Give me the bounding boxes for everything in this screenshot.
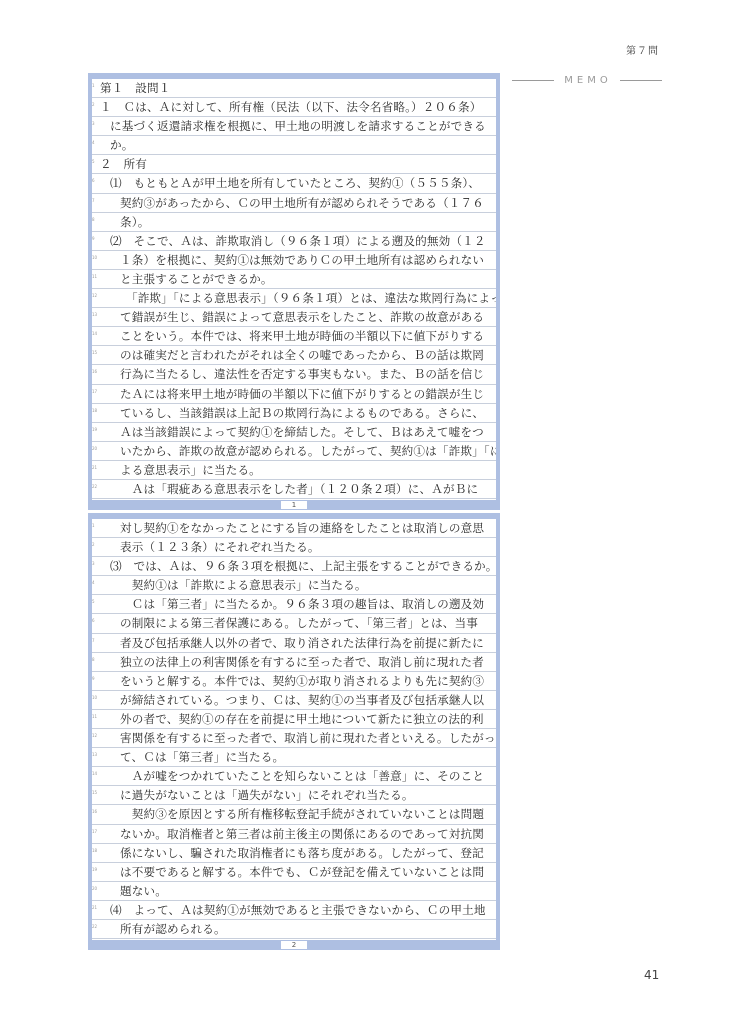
line-number: 9 [92,672,95,688]
line-text: 契約①は「詐欺による意思表示」に当たる。 [100,576,492,595]
answer-line: 7契約③があったから、Ｃの甲土地所有が認められそうである（１７６ [92,194,496,213]
line-number: 16 [92,365,97,381]
line-text: ⑴ もともとＡが甲土地を所有していたところ、契約①（５５５条）、 [100,174,492,193]
page-number: 41 [644,968,659,982]
answer-line: 12害関係を有するに至った者で、取消し前に現れた者といえる。したがっ [92,729,496,748]
line-number: 11 [92,710,97,726]
line-text: のは確実だと言われたがそれは全くの嘘であったから、Ｂの話は欺罔 [100,346,492,365]
answer-line: 11外の者で、契約①の存在を前提に甲土地について新たに独立の法的利 [92,710,496,729]
line-number: 19 [92,423,97,439]
line-number: 21 [92,461,97,477]
line-text: 外の者で、契約①の存在を前提に甲土地について新たに独立の法的利 [100,710,492,729]
memo-rule-left [512,80,554,81]
line-text: 「詐欺」「による意思表示」（９６条１項）とは、違法な欺罔行為によっ [100,289,492,308]
line-text: に過失がないことは「過失がない」にそれぞれ当たる。 [100,786,492,805]
line-number: 14 [92,327,97,343]
line-text: ２ 所有 [100,155,492,174]
line-number: 2 [92,538,95,554]
line-text: ⑷ よって、Ａは契約①が無効であると主張できないから、Ｃの甲土地 [100,901,492,920]
line-text: ⑵ そこで、Ａは、詐欺取消し（９６条１項）による遡及的無効（１２ [100,232,492,251]
answer-line: 11と主張することができるか。 [92,270,496,289]
line-number: 10 [92,251,97,267]
answer-line: 3に基づく返還請求権を根拠に、甲土地の明渡しを請求することができる [92,117,496,136]
line-text: 行為に当たるし、違法性を否定する事実もない。また、Ｂの話を信じ [100,365,492,384]
line-number: 13 [92,748,97,764]
line-number: 3 [92,117,95,133]
line-number: 7 [92,634,95,650]
line-text: 条）。 [100,213,492,232]
answer-line: 15のは確実だと言われたがそれは全くの嘘であったから、Ｂの話は欺罔 [92,346,496,365]
line-number: 3 [92,557,95,573]
line-text: が締結されている。つまり、Ｃは、契約①の当事者及び包括承継人以 [100,691,492,710]
answer-line: 4か。 [92,136,496,155]
line-number: 10 [92,691,97,707]
line-number: 1 [92,79,95,95]
line-number: 5 [92,155,95,171]
line-number: 12 [92,289,97,305]
answer-line: 6の制限による第三者保護にある。したがって、「第三者」とは、当事 [92,614,496,633]
answer-line: 19Ａは当該錯誤によって契約①を締結した。そして、Ｂはあえて嘘をつ [92,423,496,442]
answer-line: 18ているし、当該錯誤は上記Ｂの欺罔行為によるものである。さらに、 [92,404,496,423]
line-text: 独立の法律上の利害関係を有するに至った者で、取消し前に現れた者 [100,653,492,672]
answer-line: 20題ない。 [92,882,496,901]
line-number: 4 [92,576,95,592]
answer-line: 5 Ｃは「第三者」に当たるか。９６条３項の趣旨は、取消しの遡及効 [92,595,496,614]
line-text: 害関係を有するに至った者で、取消し前に現れた者といえる。したがっ [100,729,492,748]
line-number: 18 [92,404,97,420]
line-number: 8 [92,213,95,229]
line-number: 15 [92,786,97,802]
line-text: 契約③を原因とする所有権移転登記手続がされていないことは問題 [100,805,492,824]
line-number: 6 [92,174,95,190]
line-text: Ｃは「第三者」に当たるか。９６条３項の趣旨は、取消しの遡及効 [100,595,492,614]
line-text: 係にないし、騙された取消権者にも落ち度がある。したがって、登記 [100,844,492,863]
answer-line: 6⑴ もともとＡが甲土地を所有していたところ、契約①（５５５条）、 [92,174,496,193]
answer-line: 16 契約③を原因とする所有権移転登記手続がされていないことは問題 [92,805,496,824]
answer-line: 5２ 所有 [92,155,496,174]
answer-line: 8独立の法律上の利害関係を有するに至った者で、取消し前に現れた者 [92,653,496,672]
answer-line: 10１条）を根拠に、契約①は無効でありＣの甲土地所有は認められない [92,251,496,270]
line-number: 18 [92,844,97,860]
line-text: １ Ｃは、Ａに対して、所有権（民法（以下、法令名省略。）２０６条） [100,98,492,117]
answer-line: 4 契約①は「詐欺による意思表示」に当たる。 [92,576,496,595]
line-number: 13 [92,308,97,324]
line-text: いたから、詐欺の故意が認められる。したがって、契約①は「詐欺」「に [100,442,492,461]
answer-line: 17たＡには将来甲土地が時価の半額以下に値下がりするとの錯誤が生じ [92,385,496,404]
answer-line: 10が締結されている。つまり、Ｃは、契約①の当事者及び包括承継人以 [92,691,496,710]
line-text: は不要であると解する。本件でも、Ｃが登記を備えていないことは問 [100,863,492,882]
line-text: をいうと解する。本件では、契約①が取り消されるよりも先に契約③ [100,672,492,691]
line-text: 契約③があったから、Ｃの甲土地所有が認められそうである（１７６ [100,194,492,213]
answer-line: 21よる意思表示」に当たる。 [92,461,496,480]
line-text: か。 [100,136,492,155]
sheet-page-tab: 1 [281,501,307,509]
line-number: 14 [92,767,97,783]
answer-sheet-2: 1対し契約①をなかったことにする旨の連絡をしたことは取消しの意思2表示（１２３条… [88,513,500,950]
answer-line: 9⑵ そこで、Ａは、詐欺取消し（９６条１項）による遡及的無効（１２ [92,232,496,251]
line-number: 4 [92,136,95,152]
line-number: 22 [92,920,97,936]
line-number: 21 [92,901,97,917]
line-number: 7 [92,194,95,210]
answer-line: 8条）。 [92,213,496,232]
line-text: ことをいう。本件では、将来甲土地が時価の半額以下に値下がりする [100,327,492,346]
memo-heading: MEMO [512,73,662,87]
answer-line: 18係にないし、騙された取消権者にも落ち度がある。したがって、登記 [92,844,496,863]
answer-line: 22 Ａは「瑕疵ある意思表示をした者」（１２０条２項）に、ＡがＢに [92,480,496,499]
line-text: 第１ 設問１ [100,79,492,98]
line-text: 題ない。 [100,882,492,901]
line-number: 12 [92,729,97,745]
line-number: 11 [92,270,97,286]
line-text: て、Ｃは「第三者」に当たる。 [100,748,492,767]
line-text: １条）を根拠に、契約①は無効でありＣの甲土地所有は認められない [100,251,492,270]
answer-line: 19は不要であると解する。本件でも、Ｃが登記を備えていないことは問 [92,863,496,882]
line-text: ないか。取消権者と第三者は前主後主の関係にあるのであって対抗関 [100,825,492,844]
answer-line: 20いたから、詐欺の故意が認められる。したがって、契約①は「詐欺」「に [92,442,496,461]
answer-line: 2１ Ｃは、Ａに対して、所有権（民法（以下、法令名省略。）２０６条） [92,98,496,117]
answer-line: 16行為に当たるし、違法性を否定する事実もない。また、Ｂの話を信じ [92,365,496,384]
line-number: 17 [92,825,97,841]
answer-sheet-1-lines: 1第１ 設問１2１ Ｃは、Ａに対して、所有権（民法（以下、法令名省略。）２０６条… [92,79,496,500]
answer-line: 13て、Ｃは「第三者」に当たる。 [92,748,496,767]
answer-line: 14ことをいう。本件では、将来甲土地が時価の半額以下に値下がりする [92,327,496,346]
answer-line: 21⑷ よって、Ａは契約①が無効であると主張できないから、Ｃの甲土地 [92,901,496,920]
line-number: 20 [92,882,97,898]
answer-line: 12 「詐欺」「による意思表示」（９６条１項）とは、違法な欺罔行為によっ [92,289,496,308]
line-text: 所有が認められる。 [100,920,492,939]
line-text: に基づく返還請求権を根拠に、甲土地の明渡しを請求することができる [100,117,492,136]
line-text: ているし、当該錯誤は上記Ｂの欺罔行為によるものである。さらに、 [100,404,492,423]
line-text: たＡには将来甲土地が時価の半額以下に値下がりするとの錯誤が生じ [100,385,492,404]
line-text: よる意思表示」に当たる。 [100,461,492,480]
answer-line: 14 Ａが嘘をつかれていたことを知らないことは「善意」に、そのこと [92,767,496,786]
line-number: 9 [92,232,95,248]
line-number: 5 [92,595,95,611]
answer-line: 7者及び包括承継人以外の者で、取り消された法律行為を前提に新たに [92,634,496,653]
line-number: 22 [92,480,97,496]
line-text: 対し契約①をなかったことにする旨の連絡をしたことは取消しの意思 [100,519,492,538]
line-number: 17 [92,385,97,401]
line-text: 表示（１２３条）にそれぞれ当たる。 [100,538,492,557]
answer-line: 1対し契約①をなかったことにする旨の連絡をしたことは取消しの意思 [92,519,496,538]
line-number: 8 [92,653,95,669]
answer-line: 22所有が認められる。 [92,920,496,939]
line-text: と主張することができるか。 [100,270,492,289]
answer-line: 13て錯誤が生じ、錯誤によって意思表示をしたこと、詐欺の故意がある [92,308,496,327]
line-number: 16 [92,805,97,821]
line-text: ⑶ では、Ａは、９６条３項を根拠に、上記主張をすることができるか。 [100,557,492,576]
answer-line: 9をいうと解する。本件では、契約①が取り消されるよりも先に契約③ [92,672,496,691]
memo-rule-right [620,80,662,81]
line-number: 6 [92,614,95,630]
line-text: の制限による第三者保護にある。したがって、「第三者」とは、当事 [100,614,492,633]
answer-line: 17ないか。取消権者と第三者は前主後主の関係にあるのであって対抗関 [92,825,496,844]
sheet-page-tab: 2 [281,941,307,949]
line-text: Ａは当該錯誤によって契約①を締結した。そして、Ｂはあえて嘘をつ [100,423,492,442]
memo-label: MEMO [554,75,619,86]
answer-sheet-2-lines: 1対し契約①をなかったことにする旨の連絡をしたことは取消しの意思2表示（１２３条… [92,519,496,940]
line-text: 者及び包括承継人以外の者で、取り消された法律行為を前提に新たに [100,634,492,653]
line-text: Ａが嘘をつかれていたことを知らないことは「善意」に、そのこと [100,767,492,786]
line-number: 1 [92,519,95,535]
answer-sheet-1: 1第１ 設問１2１ Ｃは、Ａに対して、所有権（民法（以下、法令名省略。）２０６条… [88,73,500,510]
line-number: 20 [92,442,97,458]
answer-line: 2表示（１２３条）にそれぞれ当たる。 [92,538,496,557]
answer-line: 3⑶ では、Ａは、９６条３項を根拠に、上記主張をすることができるか。 [92,557,496,576]
line-number: 2 [92,98,95,114]
line-text: Ａは「瑕疵ある意思表示をした者」（１２０条２項）に、ＡがＢに [100,480,492,499]
line-text: て錯誤が生じ、錯誤によって意思表示をしたこと、詐欺の故意がある [100,308,492,327]
line-number: 19 [92,863,97,879]
answer-line: 15に過失がないことは「過失がない」にそれぞれ当たる。 [92,786,496,805]
line-number: 15 [92,346,97,362]
answer-line: 1第１ 設問１ [92,79,496,98]
chapter-label: 第７問 [626,42,659,57]
